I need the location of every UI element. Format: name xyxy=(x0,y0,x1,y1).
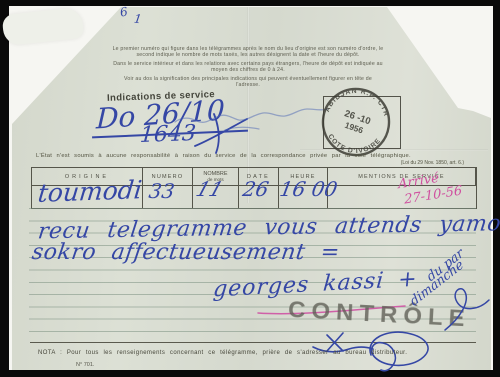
message-line-2: sokro affectueusement = xyxy=(30,240,341,265)
telegram-scan: 6 1 Le premier numéro qui figure dans le… xyxy=(0,0,500,377)
value-origine: toumodi xyxy=(37,175,144,208)
header-nombre-line1: NOMBRE xyxy=(203,171,227,177)
form-number: N° 701. xyxy=(76,362,94,368)
notice-paragraph-2: Dans le service intérieur et dans les re… xyxy=(112,61,384,73)
value-heure: 16 00 xyxy=(278,177,339,201)
legal-reference: (Loi du 29 Nov. 1850, art. 6.) xyxy=(348,160,464,166)
value-date: 26 xyxy=(241,177,271,201)
corner-mark-a: 6 xyxy=(119,4,129,19)
value-numero: 33 xyxy=(147,179,176,203)
legal-disclaimer: L'État n'est soumis à aucune responsabil… xyxy=(36,153,460,159)
nota-line: NOTA : Pour tous les renseignements conc… xyxy=(38,350,476,356)
side-note-flourish xyxy=(437,284,489,340)
notice-paragraph-1: Le premier numéro qui figure dans les té… xyxy=(112,46,384,58)
